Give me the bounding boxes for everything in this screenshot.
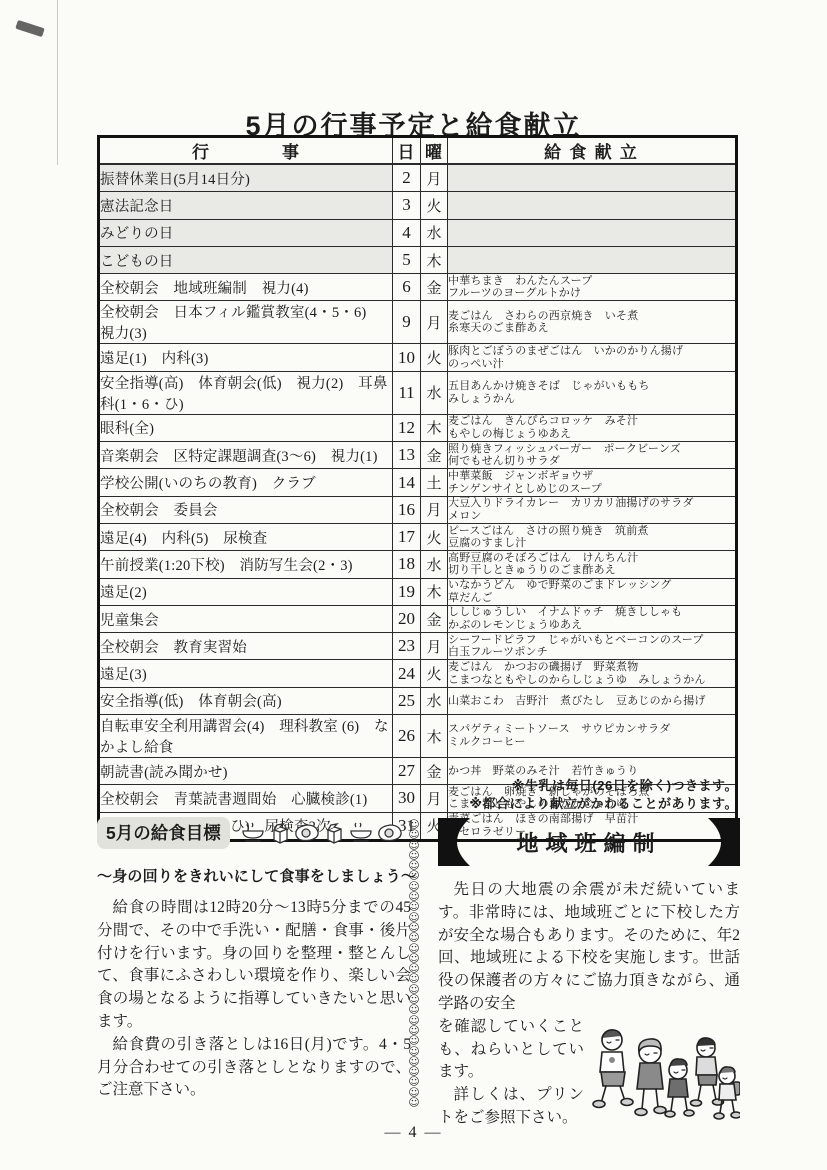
weekday-cell: 金: [421, 605, 448, 632]
event-cell: 児童集会: [99, 605, 393, 632]
footnote-menu-change: ※都合により献立がかわることがあります。: [469, 795, 738, 813]
menu-line: ピースごはん さけの照り焼き 筑前煮: [448, 525, 735, 538]
day-cell: 19: [393, 578, 421, 605]
table-row: 安全指導(高) 体育朝会(低) 視力(2) 耳鼻科(1・6・ひ)11水五目あんか…: [99, 371, 737, 414]
menu-cell: [448, 164, 737, 192]
event-cell: 自転車安全利用講習会(4) 理科教室 (6) なかよし給食: [99, 715, 393, 758]
table-row: 全校朝会 日本フィル鑑賞教室(4・5・6) 視力(3)9月麦ごはん さわらの西京…: [99, 301, 737, 344]
event-cell: 全校朝会 教育実習始: [99, 633, 393, 660]
menu-cell: 大豆入りドライカレー カリカリ油揚げのサラダメロン: [448, 496, 737, 523]
table-row: こどもの日5木: [99, 246, 737, 273]
day-cell: 11: [393, 371, 421, 414]
lunch-goal-section: 5月の給食目標 ～身の回りをきれいにして食事をしましょう～ 給食の時間は12時2…: [97, 818, 411, 1102]
menu-cell: 山菜おこわ 吉野汁 煮びたし 豆あじのから揚げ: [448, 687, 737, 714]
food-doodle-icons: [240, 822, 403, 844]
menu-cell: 麦ごはん きんぴらコロッケ みそ汁もやしの梅じょうゆあえ: [448, 414, 737, 441]
smiley-divider: ☺☺☺☺☺☺☺☺☺☺☺☺☺☺☺☺☺☺☺☺☺☺☺☺☺☺☺☺: [406, 820, 422, 1108]
day-cell: 23: [393, 633, 421, 660]
weekday-cell: 水: [421, 551, 448, 578]
day-cell: 10: [393, 344, 421, 371]
menu-line: 中華ちまき わんたんスープ: [448, 275, 735, 288]
day-cell: 5: [393, 246, 421, 273]
event-cell: 全校朝会 委員会: [99, 496, 393, 523]
event-cell: 朝読書(読み聞かせ): [99, 758, 393, 785]
table-row: 学校公開(いのちの教育) クラブ14土中華菜飯 ジャンボギョウザチンゲンサイとし…: [99, 469, 737, 496]
menu-cell: ピースごはん さけの照り焼き 筑前煮豆腐のすまし汁: [448, 523, 737, 550]
event-cell: 午前授業(1:20下校) 消防写生会(2・3): [99, 551, 393, 578]
menu-line: かぶのレモンじょうゆあえ: [448, 619, 735, 632]
menu-line: 豆腐のすまし汁: [448, 537, 735, 550]
header-events: 行 事: [99, 137, 393, 165]
smiley-icon: ☺: [408, 1098, 419, 1108]
rice-bowl-icon: [240, 822, 266, 844]
menu-line: 糸寒天のごま酢あえ: [448, 322, 735, 335]
table-row: 遠足(1) 内科(3)10火豚肉とごぼうのまぜごはん いかのかりん揚げのっぺい汁: [99, 344, 737, 371]
day-cell: 18: [393, 551, 421, 578]
menu-line: スパゲティミートソース サウピカンサラダ: [448, 723, 735, 736]
fried-egg-icon: [377, 823, 403, 843]
page-number: — 4 —: [0, 1124, 827, 1142]
event-cell: みどりの日: [99, 219, 393, 246]
table-footnotes: ※牛乳は毎日(26日を除く)つきます。 ※都合により献立がかわることがあります。: [469, 777, 738, 813]
lunch-goal-heading: 5月の給食目標: [97, 817, 230, 849]
weekday-cell: 水: [421, 687, 448, 714]
day-cell: 17: [393, 523, 421, 550]
menu-cell: 豚肉とごぼうのまぜごはん いかのかりん揚げのっぺい汁: [448, 344, 737, 371]
event-cell: 安全指導(高) 体育朝会(低) 視力(2) 耳鼻科(1・6・ひ): [99, 371, 393, 414]
menu-cell: [448, 192, 737, 219]
weekday-cell: 木: [421, 414, 448, 441]
menu-line: のっぺい汁: [448, 358, 735, 371]
menu-cell: [448, 219, 737, 246]
day-cell: 14: [393, 469, 421, 496]
weekday-cell: 水: [421, 371, 448, 414]
weekday-cell: 月: [421, 785, 448, 812]
menu-cell: 麦ごはん かつおの磯揚げ 野菜煮物こまつなともやしのからしじょうゆ みしょうかん: [448, 660, 737, 687]
day-cell: 16: [393, 496, 421, 523]
day-cell: 30: [393, 785, 421, 812]
event-cell: 学校公開(いのちの教育) クラブ: [99, 469, 393, 496]
menu-line: 大豆入りドライカレー カリカリ油揚げのサラダ: [448, 497, 735, 510]
menu-cell: 中華ちまき わんたんスープフルーツのヨーグルトかけ: [448, 274, 737, 301]
menu-line: 何でもせん切りサラダ: [448, 455, 735, 468]
weekday-cell: 火: [421, 192, 448, 219]
day-cell: 12: [393, 414, 421, 441]
menu-line: かつ丼 野菜のみそ汁 若竹きゅうり: [448, 765, 735, 778]
lunch-goal-paragraph-1: 給食の時間は12時20分～13時5分までの45分間で、その中で手洗い・配膳・食事…: [97, 897, 411, 1034]
day-cell: 3: [393, 192, 421, 219]
rice-bowl-icon: [348, 822, 374, 844]
weekday-cell: 木: [421, 246, 448, 273]
menu-cell: スパゲティミートソース サウピカンサラダミルクコーヒー: [448, 715, 737, 758]
header-weekday: 曜: [421, 137, 448, 165]
menu-line: 山菜おこわ 吉野汁 煮びたし 豆あじのから揚げ: [448, 695, 735, 708]
event-cell: 遠足(4) 内科(5) 尿検査: [99, 523, 393, 550]
fried-egg-icon: [294, 823, 320, 843]
table-row: 遠足(3)24火麦ごはん かつおの磯揚げ 野菜煮物こまつなともやしのからしじょう…: [99, 660, 737, 687]
menu-cell: ししじゅうしい イナムドゥチ 焼きししゃもかぶのレモンじょうゆあえ: [448, 605, 737, 632]
menu-line: 五目あんかけ焼きそば じゃがいももち: [448, 380, 735, 393]
table-row: 全校朝会 委員会16月大豆入りドライカレー カリカリ油揚げのサラダメロン: [99, 496, 737, 523]
menu-line: こまつなともやしのからしじょうゆ みしょうかん: [448, 674, 735, 687]
event-cell: 遠足(2): [99, 578, 393, 605]
menu-line: みしょうかん: [448, 393, 735, 406]
weekday-cell: 火: [421, 523, 448, 550]
weekday-cell: 月: [421, 496, 448, 523]
menu-line: 中華菜飯 ジャンボギョウザ: [448, 470, 735, 483]
table-header-row: 行 事 日 曜 給 食 献 立: [99, 137, 737, 165]
weekday-cell: 火: [421, 660, 448, 687]
day-cell: 6: [393, 274, 421, 301]
menu-line: チンゲンサイとしめじのスープ: [448, 483, 735, 496]
table-row: 児童集会20金ししじゅうしい イナムドゥチ 焼きししゃもかぶのレモンじょうゆあえ: [99, 605, 737, 632]
menu-cell: シーフードピラフ じゃがいもとベーコンのスープ白玉フルーツポンチ: [448, 633, 737, 660]
menu-line: 白玉フルーツポンチ: [448, 646, 735, 659]
weekday-cell: 金: [421, 274, 448, 301]
menu-line: シーフードピラフ じゃがいもとベーコンのスープ: [448, 634, 735, 647]
menu-cell: 照り焼きフィッシュバーガー ポークビーンズ何でもせん切りサラダ: [448, 442, 737, 469]
table-row: 安全指導(低) 体育朝会(高)25水山菜おこわ 吉野汁 煮びたし 豆あじのから揚…: [99, 687, 737, 714]
table-row: 振替休業日(5月14日分)2月: [99, 164, 737, 192]
weekday-cell: 月: [421, 164, 448, 192]
menu-line: フルーツのヨーグルトかけ: [448, 287, 735, 300]
menu-cell: 中華菜飯 ジャンボギョウザチンゲンサイとしめじのスープ: [448, 469, 737, 496]
event-cell: 全校朝会 地域班編制 視力(4): [99, 274, 393, 301]
schedule-table-body: 振替休業日(5月14日分)2月憲法記念日3火みどりの日4水こどもの日5木全校朝会…: [99, 164, 737, 840]
weekday-cell: 金: [421, 442, 448, 469]
event-cell: 振替休業日(5月14日分): [99, 164, 393, 192]
lunch-goal-slogan: ～身の回りをきれいにして食事をしましょう～: [97, 865, 411, 886]
event-cell: 遠足(1) 内科(3): [99, 344, 393, 371]
event-cell: 音楽朝会 区特定課題調査(3～6) 視力(1): [99, 442, 393, 469]
day-cell: 13: [393, 442, 421, 469]
table-row: 眼科(全)12木麦ごはん きんぴらコロッケ みそ汁もやしの梅じょうゆあえ: [99, 414, 737, 441]
event-cell: 眼科(全): [99, 414, 393, 441]
area-group-section: 地域班編制 先日の大地震の余震が未だ続いています。非常時には、地域班ごとに下校し…: [438, 818, 740, 1144]
day-cell: 4: [393, 219, 421, 246]
weekday-cell: 月: [421, 301, 448, 344]
menu-cell: 麦ごはん さわらの西京焼き いそ煮糸寒天のごま酢あえ: [448, 301, 737, 344]
event-cell: 憲法記念日: [99, 192, 393, 219]
area-group-heading: 地域班編制: [516, 827, 661, 858]
heading-bracket-right-icon: [708, 818, 740, 866]
table-row: 憲法記念日3火: [99, 192, 737, 219]
menu-line: 切り干しときゅうりのごま酢あえ: [448, 564, 735, 577]
milk-carton-icon: [323, 822, 345, 844]
day-cell: 9: [393, 301, 421, 344]
menu-line: いなかうどん ゆで野菜のごまドレッシング: [448, 579, 735, 592]
menu-line: 照り焼きフィッシュバーガー ポークビーンズ: [448, 443, 735, 456]
area-group-paragraph-1: 先日の大地震の余震が未だ続いています。非常時には、地域班ごとに下校した方が安全な…: [438, 879, 740, 1016]
header-day: 日: [393, 137, 421, 165]
weekday-cell: 火: [421, 344, 448, 371]
header-lunch-menu: 給 食 献 立: [448, 137, 737, 165]
menu-line: ししじゅうしい イナムドゥチ 焼きししゃも: [448, 606, 735, 619]
weekday-cell: 水: [421, 219, 448, 246]
menu-cell: 五目あんかけ焼きそば じゃがいももちみしょうかん: [448, 371, 737, 414]
heading-bracket-left-icon: [438, 818, 470, 866]
event-cell: 安全指導(低) 体育朝会(高): [99, 687, 393, 714]
table-row: 遠足(4) 内科(5) 尿検査17火ピースごはん さけの照り焼き 筑前煮豆腐のす…: [99, 523, 737, 550]
menu-cell: いなかうどん ゆで野菜のごまドレッシング草だんご: [448, 578, 737, 605]
weekday-cell: 木: [421, 578, 448, 605]
footnote-milk: ※牛乳は毎日(26日を除く)つきます。: [469, 777, 738, 795]
lunch-goal-paragraph-2: 給食費の引き落としは16日(月)です。4・5月分合わせての引き落としとなりますの…: [97, 1034, 411, 1102]
table-row: 全校朝会 地域班編制 視力(4)6金中華ちまき わんたんスープフルーツのヨーグル…: [99, 274, 737, 301]
menu-line: 高野豆腐のそぼろごはん けんちん汁: [448, 552, 735, 565]
menu-line: もやしの梅じょうゆあえ: [448, 428, 735, 441]
day-cell: 26: [393, 715, 421, 758]
menu-line: メロン: [448, 510, 735, 523]
day-cell: 25: [393, 687, 421, 714]
weekday-cell: 月: [421, 633, 448, 660]
event-cell: 全校朝会 日本フィル鑑賞教室(4・5・6) 視力(3): [99, 301, 393, 344]
menu-cell: [448, 246, 737, 273]
day-cell: 2: [393, 164, 421, 192]
scan-artifact: [15, 20, 44, 37]
menu-line: 麦ごはん きんぴらコロッケ みそ汁: [448, 415, 735, 428]
day-cell: 24: [393, 660, 421, 687]
weekday-cell: 金: [421, 758, 448, 785]
menu-cell: 高野豆腐のそぼろごはん けんちん汁切り干しときゅうりのごま酢あえ: [448, 551, 737, 578]
table-row: 全校朝会 教育実習始23月シーフードピラフ じゃがいもとベーコンのスープ白玉フル…: [99, 633, 737, 660]
day-cell: 27: [393, 758, 421, 785]
table-row: 遠足(2)19木いなかうどん ゆで野菜のごまドレッシング草だんご: [99, 578, 737, 605]
weekday-cell: 木: [421, 715, 448, 758]
weekday-cell: 土: [421, 469, 448, 496]
menu-line: 草だんご: [448, 592, 735, 605]
day-cell: 20: [393, 605, 421, 632]
table-row: 音楽朝会 区特定課題調査(3～6) 視力(1)13金照り焼きフィッシュバーガー …: [99, 442, 737, 469]
menu-line: 麦ごはん かつおの磯揚げ 野菜煮物: [448, 661, 735, 674]
menu-line: 豚肉とごぼうのまぜごはん いかのかりん揚げ: [448, 345, 735, 358]
table-row: みどりの日4水: [99, 219, 737, 246]
event-cell: こどもの日: [99, 246, 393, 273]
menu-line: ミルクコーヒー: [448, 736, 735, 749]
table-row: 午前授業(1:20下校) 消防写生会(2・3)18水高野豆腐のそぼろごはん けん…: [99, 551, 737, 578]
milk-carton-icon: [269, 822, 291, 844]
menu-line: 麦ごはん さわらの西京焼き いそ煮: [448, 310, 735, 323]
event-cell: 遠足(3): [99, 660, 393, 687]
table-row: 自転車安全利用講習会(4) 理科教室 (6) なかよし給食26木スパゲティミート…: [99, 715, 737, 758]
event-cell: 全校朝会 青葉読書週間始 心臓検診(1): [99, 785, 393, 812]
schedule-table: 行 事 日 曜 給 食 献 立 振替休業日(5月14日分)2月憲法記念日3火みど…: [97, 135, 738, 842]
